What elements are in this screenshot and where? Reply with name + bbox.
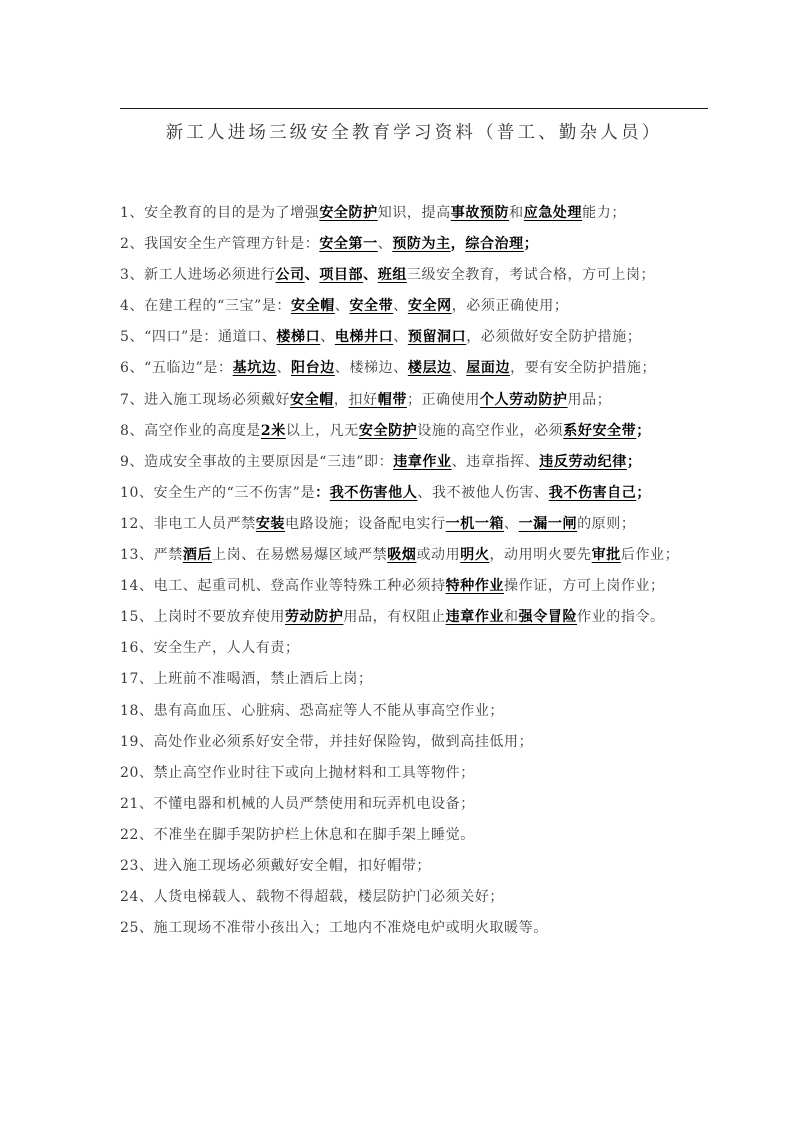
emphasized-text: 强令冒险 [519, 609, 577, 625]
rule-text: 20、禁止高空作业时往下或向上抛材料和工具等物件； [120, 765, 475, 781]
rule-text: 上岗、在易燃易爆区域严禁 [212, 547, 387, 563]
emphasized-text: 项目部 [319, 267, 363, 283]
rule-text: 3、新工人进场必须进行 [120, 267, 276, 283]
rule-text: 、 [504, 516, 519, 532]
emphasized-text: 违章作业 [446, 609, 504, 625]
rule-text: 操作证，方可上岗作业； [504, 578, 665, 594]
emphasized-text: 特种作业 [446, 578, 504, 594]
rule-item: 18、患有高血压、心脏病、恐高症等人不能从事高空作业； [120, 699, 720, 730]
rule-item: 13、严禁酒后上岗、在易燃易爆区域严禁吸烟或动用明火，动用明火要先审批后作业； [120, 543, 720, 574]
rule-text: 19、高处作业必须系好安全带，并挂好保险钩，做到高挂低用； [120, 734, 533, 750]
rule-text: 用品，有权阻止 [343, 609, 445, 625]
emphasized-text: 、 [363, 267, 378, 283]
rule-text: 12、非电工人员严禁 [120, 516, 256, 532]
emphasized-text: 预留洞口 [408, 329, 466, 345]
rule-text: 、违章指挥、 [452, 454, 540, 470]
rule-item: 19、高处作业必须系好安全带，并挂好保险钩，做到高挂低用； [120, 730, 720, 761]
rule-text: 13、严禁 [120, 547, 183, 563]
emphasized-text: 安全帽 [290, 392, 334, 408]
emphasized-text: 我不伤害自己 [549, 485, 637, 501]
emphasized-text: ， [451, 236, 466, 252]
rule-item: 22、不准坐在脚手架防护栏上休息和在脚手架上睡觉。 [120, 823, 720, 854]
emphasized-text: 屋面边 [466, 360, 510, 376]
rule-text: 9、造成安全事故的主要原因是“三违”即： [120, 454, 393, 470]
rule-text: ，必须做好安全防护措施； [466, 329, 641, 345]
rule-text: 、楼梯边、 [335, 360, 408, 376]
rule-text: 后作业； [621, 547, 679, 563]
rule-text: 、 [378, 236, 393, 252]
rule-item: 6、“五临边”是：基坑边、阳台边、楼梯边、楼层边、屋面边，要有安全防护措施； [120, 356, 720, 387]
rule-item: 20、禁止高空作业时往下或向上抛材料和工具等物件； [120, 761, 720, 792]
rule-text: 6、“五临边”是： [120, 360, 233, 376]
emphasized-text: 班组 [378, 267, 407, 283]
emphasized-text: 系好安全带 [563, 423, 636, 439]
rule-text: 设施的高空作业，必须 [417, 423, 563, 439]
rule-item: 16、安全生产，人人有责； [120, 636, 720, 667]
rule-text: 8、高空作业的高度是 [120, 423, 261, 439]
rule-item: 12、非电工人员严禁安装电路设施；设备配电实行一机一箱、一漏一闸的原则； [120, 512, 720, 543]
rule-text: 10、安全生产的“三不伤害”是 [120, 485, 315, 501]
emphasized-text: 酒后 [183, 547, 212, 563]
rule-item: 21、不懂电器和机械的人员严禁使用和玩弄机电设备； [120, 792, 720, 823]
emphasized-text: 应急处理 [524, 205, 582, 221]
rule-text: 18、患有高血压、心脏病、恐高症等人不能从事高空作业； [120, 703, 504, 719]
rule-item: 15、上岗时不要放弃使用劳动防护用品，有权阻止违章作业和强令冒险作业的指令。 [120, 605, 720, 636]
emphasized-text: 安全防护 [359, 423, 417, 439]
emphasized-text: 违反劳动纪律 [539, 454, 627, 470]
rule-text: 23、进入施工现场必须戴好安全帽，扣好帽带； [120, 858, 431, 874]
emphasized-text: 安全网 [408, 298, 452, 314]
rule-text: ；正确使用 [407, 392, 480, 408]
emphasized-text: 事故预防 [451, 205, 509, 221]
rule-item: 1、安全教育的目的是为了增强安全防护知识，提高事故预防和应急处理能力； [120, 201, 720, 232]
emphasized-text: 一机一箱 [446, 516, 504, 532]
emphasized-text: 明火 [460, 547, 489, 563]
rule-text: 25、施工现场不准带小孩出入；工地内不准烧电炉或明火取暖等。 [120, 920, 548, 936]
rule-text: 或动用 [416, 547, 460, 563]
rule-text: 5、“四口”是：通道口、 [120, 329, 276, 345]
rule-text: 和 [504, 609, 519, 625]
rule-text: 2、我国安全生产管理方针是： [120, 236, 319, 252]
rule-text: 三级安全教育，考试合格，方可上岗； [407, 267, 655, 283]
rule-text: 以上，凡无 [286, 423, 359, 439]
rule-text: 22、不准坐在脚手架防护栏上休息和在脚手架上睡觉。 [120, 827, 475, 843]
rule-item: 23、进入施工现场必须戴好安全帽，扣好帽带； [120, 854, 720, 885]
rule-text: 电路设施；设备配电实行 [285, 516, 446, 532]
rule-item: 9、造成安全事故的主要原因是“三违”即：违章作业、违章指挥、违反劳动纪律； [120, 450, 720, 481]
rule-text: ，必须正确使用； [452, 298, 569, 314]
emphasized-text: 安全第一 [319, 236, 377, 252]
rule-item: 7、进入施工现场必须戴好安全帽，扣好帽带；正确使用个人劳动防护用品； [120, 388, 720, 419]
rule-text: 14、电工、起重司机、登高作业等特殊工种必须持 [120, 578, 446, 594]
rule-text: 4、在建工程的“三宝”是： [120, 298, 291, 314]
rule-item: 10、安全生产的“三不伤害”是：我不伤害他人、我不被他人伤害、我不伤害自己； [120, 481, 720, 512]
emphasized-text: 安全帽 [291, 298, 335, 314]
rule-text: 、 [335, 298, 350, 314]
document-page: 新工人进场三级安全教育学习资料（普工、勤杂人员） 1、安全教育的目的是为了增强安… [0, 0, 793, 1122]
emphasized-text: ； [636, 485, 651, 501]
emphasized-text: 一漏一闸 [519, 516, 577, 532]
rule-text: 17、上班前不准喝酒，禁止酒后上岗； [120, 671, 373, 687]
rule-item: 24、人货电梯载人、载物不得超载，楼层防护门必须关好； [120, 885, 720, 916]
rule-text: ，动用明火要先 [489, 547, 591, 563]
safety-rules-list: 1、安全教育的目的是为了增强安全防护知识，提高事故预防和应急处理能力；2、我国安… [120, 201, 720, 947]
emphasized-text: 吸烟 [387, 547, 416, 563]
rule-text: 21、不懂电器和机械的人员严禁使用和玩弄机电设备； [120, 796, 475, 812]
rule-text: 能力； [582, 205, 626, 221]
rule-text: 作业的指令。 [577, 609, 665, 625]
rule-text: 的原则； [577, 516, 635, 532]
rule-text: 和 [509, 205, 524, 221]
rule-item: 4、在建工程的“三宝”是：安全帽、安全带、安全网，必须正确使用； [120, 294, 720, 325]
emphasized-text: ； [524, 236, 539, 252]
header-rule [120, 108, 708, 109]
rule-text: 知识，提高 [378, 205, 451, 221]
document-title: 新工人进场三级安全教育学习资料（普工、勤杂人员） [120, 121, 708, 145]
emphasized-text: 帽带 [378, 392, 407, 408]
emphasized-text: 阳台边 [291, 360, 335, 376]
emphasized-text: 安全防护 [319, 205, 377, 221]
emphasized-text: 基坑边 [233, 360, 277, 376]
emphasized-text: 劳动防护 [285, 609, 343, 625]
rule-text: 用品； [568, 392, 612, 408]
rule-text: 7、进入施工现场必须戴好 [120, 392, 290, 408]
emphasized-text: 楼层边 [408, 360, 452, 376]
emphasized-text: ； [636, 423, 651, 439]
emphasized-text: ； [627, 454, 642, 470]
rule-item: 5、“四口”是：通道口、楼梯口、电梯井口、预留洞口，必须做好安全防护措施； [120, 325, 720, 356]
emphasized-text: ： [315, 485, 330, 501]
emphasized-text: 个人劳动防护 [480, 392, 568, 408]
rule-text: ，要有安全防护措施； [510, 360, 656, 376]
rule-item: 3、新工人进场必须进行公司、项目部、班组三级安全教育，考试合格，方可上岗； [120, 263, 720, 294]
emphasized-text: 2米 [261, 423, 286, 439]
emphasized-text: 安装 [256, 516, 285, 532]
emphasized-text: 审批 [592, 547, 621, 563]
rule-item: 8、高空作业的高度是2米以上，凡无安全防护设施的高空作业，必须系好安全带； [120, 419, 720, 450]
rule-item: 17、上班前不准喝酒，禁止酒后上岗； [120, 667, 720, 698]
emphasized-text: 、 [305, 267, 320, 283]
rule-text: 、 [276, 360, 291, 376]
emphasized-text: 综合治理 [465, 236, 523, 252]
rule-text: 扣好 [349, 392, 378, 408]
rule-text: 15、上岗时不要放弃使用 [120, 609, 285, 625]
rule-text: 、 [393, 298, 408, 314]
rule-item: 25、施工现场不准带小孩出入；工地内不准烧电炉或明火取暖等。 [120, 916, 720, 947]
rule-text: 16、安全生产，人人有责； [120, 640, 300, 656]
emphasized-text: 我不伤害他人 [330, 485, 418, 501]
emphasized-text: 公司 [276, 267, 305, 283]
rule-text: 24、人货电梯载人、载物不得超载，楼层防护门必须关好； [120, 889, 504, 905]
emphasized-text: 电梯井口 [335, 329, 393, 345]
rule-text: 、 [393, 329, 408, 345]
rule-text: 1、安全教育的目的是为了增强 [120, 205, 319, 221]
rule-item: 14、电工、起重司机、登高作业等特殊工种必须持特种作业操作证，方可上岗作业； [120, 574, 720, 605]
emphasized-text: 违章作业 [393, 454, 451, 470]
rule-text: ， [334, 392, 349, 408]
emphasized-text: 楼梯口 [276, 329, 320, 345]
rule-text: 、 [452, 360, 467, 376]
emphasized-text: 预防为主 [392, 236, 450, 252]
rule-text: 、 [320, 329, 335, 345]
rule-text: 、我不被他人伤害、 [417, 485, 548, 501]
rule-item: 2、我国安全生产管理方针是：安全第一、预防为主，综合治理； [120, 232, 720, 263]
emphasized-text: 安全带 [349, 298, 393, 314]
